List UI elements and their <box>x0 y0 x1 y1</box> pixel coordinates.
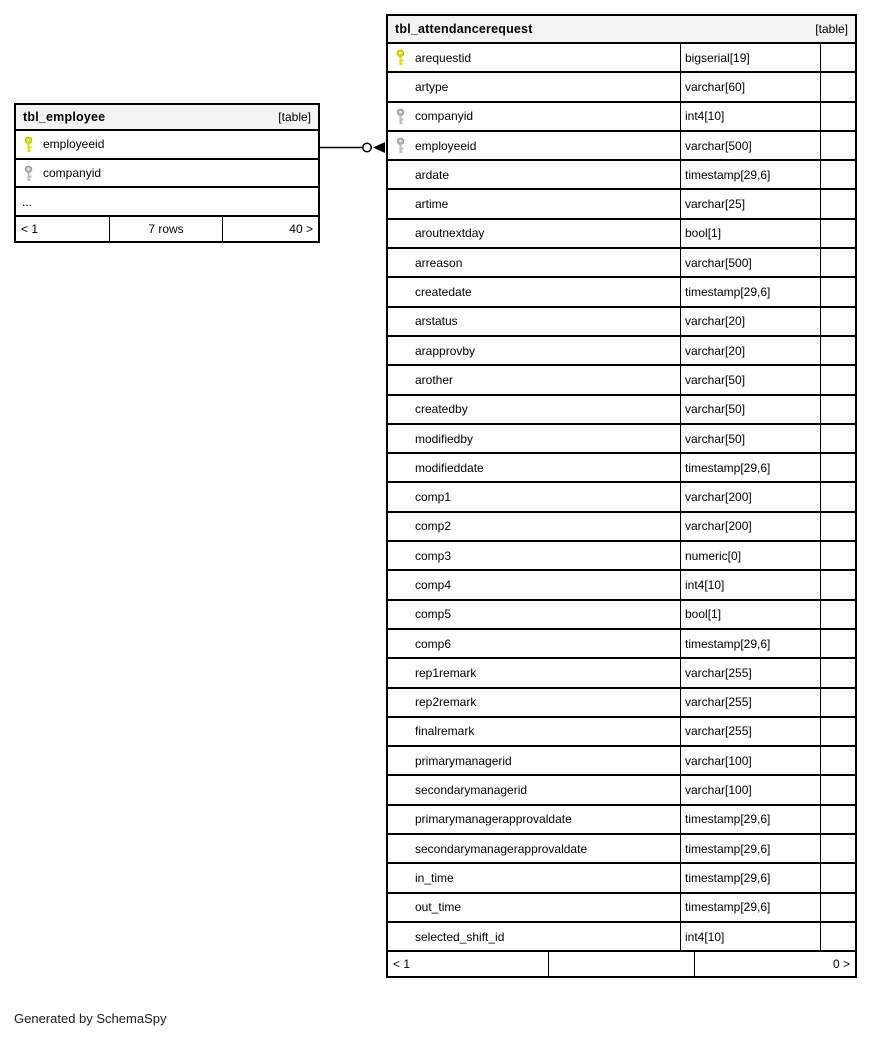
entity-footer: < 1 7 rows 40 > <box>16 217 318 241</box>
column-extra-cell <box>821 366 855 393</box>
column-type: timestamp[29,6] <box>681 630 821 657</box>
column-type: varchar[200] <box>681 483 821 510</box>
entity-tbl-attendancerequest: tbl_attendancerequest [table] arequestid… <box>386 14 857 978</box>
column-type: varchar[50] <box>681 425 821 452</box>
column-extra-cell <box>821 249 855 276</box>
column-extra-cell <box>821 308 855 335</box>
table-title[interactable]: tbl_employee <box>23 110 105 124</box>
column-name: modifieddate <box>415 461 484 475</box>
column-type: varchar[20] <box>681 337 821 364</box>
column-extra-cell <box>821 747 855 774</box>
column-row-finalremark: finalremark varchar[255] <box>388 718 855 747</box>
column-row-arapprovby: arapprovby varchar[20] <box>388 337 855 366</box>
column-extra-cell <box>821 776 855 803</box>
column-name: artype <box>415 80 448 94</box>
column-extra-cell <box>821 513 855 540</box>
column-type: bigserial[19] <box>681 44 821 71</box>
column-rows: arequestid bigserial[19] artype varchar[… <box>388 44 855 952</box>
column-row-arstatus: arstatus varchar[20] <box>388 308 855 337</box>
column-name: employeeid <box>43 137 104 151</box>
column-name: companyid <box>43 166 101 180</box>
column-extra-cell <box>821 44 855 71</box>
column-row-rep2remark: rep2remark varchar[255] <box>388 689 855 718</box>
column-extra-cell <box>821 73 855 100</box>
column-type: timestamp[29,6] <box>681 864 821 891</box>
column-extra-cell <box>821 718 855 745</box>
column-row-aroutnextday: aroutnextday bool[1] <box>388 220 855 249</box>
column-name: ... <box>22 195 32 209</box>
fk-relationship-connector <box>318 139 386 156</box>
column-extra-cell <box>821 894 855 921</box>
column-name: comp2 <box>415 519 451 533</box>
column-row-: ... <box>16 188 318 217</box>
column-name: secondarymanagerapprovaldate <box>415 842 587 856</box>
column-row-comp1: comp1 varchar[200] <box>388 483 855 512</box>
footer-parents-count: < 1 <box>16 217 109 241</box>
column-name: arequestid <box>415 51 471 65</box>
column-row-modifiedby: modifiedby varchar[50] <box>388 425 855 454</box>
table-type-badge: [table] <box>278 110 311 124</box>
entity-tbl-employee: tbl_employee [table] employeeid companyi… <box>14 103 320 243</box>
column-row-in_time: in_time timestamp[29,6] <box>388 864 855 893</box>
footer-children-count: 0 > <box>694 952 855 976</box>
column-type: varchar[500] <box>681 249 821 276</box>
entity-header-tbl-attendancerequest[interactable]: tbl_attendancerequest [table] <box>388 16 855 44</box>
column-type: timestamp[29,6] <box>681 894 821 921</box>
column-type: varchar[255] <box>681 689 821 716</box>
column-extra-cell <box>821 337 855 364</box>
column-row-arreason: arreason varchar[500] <box>388 249 855 278</box>
schema-diagram-canvas: tbl_employee [table] employeeid companyi… <box>0 0 873 1039</box>
column-name: arstatus <box>415 314 458 328</box>
column-row-modifieddate: modifieddate timestamp[29,6] <box>388 454 855 483</box>
column-type: varchar[25] <box>681 190 821 217</box>
column-row-arother: arother varchar[50] <box>388 366 855 395</box>
column-name: companyid <box>415 109 473 123</box>
column-name: comp6 <box>415 637 451 651</box>
column-type: bool[1] <box>681 601 821 628</box>
column-extra-cell <box>821 571 855 598</box>
foreign-key-icon <box>394 108 406 125</box>
column-type: varchar[20] <box>681 308 821 335</box>
column-extra-cell <box>821 659 855 686</box>
column-row-selected_shift_id: selected_shift_id int4[10] <box>388 923 855 952</box>
column-name: aroutnextday <box>415 226 484 240</box>
column-row-artype: artype varchar[60] <box>388 73 855 102</box>
column-extra-cell <box>821 220 855 247</box>
column-extra-cell <box>821 923 855 950</box>
column-type: varchar[100] <box>681 747 821 774</box>
column-name: primarymanagerid <box>415 754 512 768</box>
column-row-companyid: companyid <box>16 160 318 189</box>
entity-header-tbl-employee[interactable]: tbl_employee [table] <box>16 105 318 131</box>
column-row-rep1remark: rep1remark varchar[255] <box>388 659 855 688</box>
foreign-key-icon <box>22 165 34 182</box>
column-name: comp1 <box>415 490 451 504</box>
column-type: varchar[200] <box>681 513 821 540</box>
column-row-comp2: comp2 varchar[200] <box>388 513 855 542</box>
column-type: numeric[0] <box>681 542 821 569</box>
column-name: secondarymanagerid <box>415 783 527 797</box>
column-extra-cell <box>821 630 855 657</box>
table-type-badge: [table] <box>815 22 848 36</box>
relationship-arrowhead <box>373 142 385 153</box>
column-row-arequestid: arequestid bigserial[19] <box>388 44 855 73</box>
column-row-employeeid: employeeid varchar[500] <box>388 132 855 161</box>
primary-key-icon <box>394 49 406 66</box>
column-rows: employeeid companyid ... <box>16 131 318 217</box>
column-name: createdby <box>415 402 468 416</box>
relationship-circle-terminator <box>363 143 371 151</box>
column-name: rep1remark <box>415 666 476 680</box>
column-name: comp5 <box>415 607 451 621</box>
column-type: int4[10] <box>681 923 821 950</box>
column-type: int4[10] <box>681 571 821 598</box>
column-type: varchar[50] <box>681 366 821 393</box>
column-row-createdate: createdate timestamp[29,6] <box>388 278 855 307</box>
column-name: comp3 <box>415 549 451 563</box>
column-type: bool[1] <box>681 220 821 247</box>
column-type: varchar[255] <box>681 659 821 686</box>
column-row-out_time: out_time timestamp[29,6] <box>388 894 855 923</box>
column-name: comp4 <box>415 578 451 592</box>
column-row-comp5: comp5 bool[1] <box>388 601 855 630</box>
table-title[interactable]: tbl_attendancerequest <box>395 22 533 36</box>
column-name: ardate <box>415 168 449 182</box>
column-row-comp3: comp3 numeric[0] <box>388 542 855 571</box>
column-row-primarymanagerid: primarymanagerid varchar[100] <box>388 747 855 776</box>
footer-parents-count: < 1 <box>388 952 548 976</box>
column-name: out_time <box>415 900 461 914</box>
column-row-artime: artime varchar[25] <box>388 190 855 219</box>
column-type: timestamp[29,6] <box>681 161 821 188</box>
column-name: primarymanagerapprovaldate <box>415 812 572 826</box>
column-extra-cell <box>821 132 855 159</box>
column-type: timestamp[29,6] <box>681 835 821 862</box>
footer-children-count: 40 > <box>222 217 318 241</box>
column-row-companyid: companyid int4[10] <box>388 103 855 132</box>
column-row-secondarymanagerid: secondarymanagerid varchar[100] <box>388 776 855 805</box>
column-extra-cell <box>821 689 855 716</box>
column-name: selected_shift_id <box>415 930 504 944</box>
column-name: artime <box>415 197 448 211</box>
column-extra-cell <box>821 864 855 891</box>
column-row-createdby: createdby varchar[50] <box>388 396 855 425</box>
column-type: timestamp[29,6] <box>681 278 821 305</box>
column-extra-cell <box>821 601 855 628</box>
primary-key-icon <box>22 136 34 153</box>
column-extra-cell <box>821 103 855 130</box>
column-name: arother <box>415 373 453 387</box>
column-extra-cell <box>821 806 855 833</box>
column-row-comp4: comp4 int4[10] <box>388 571 855 600</box>
column-name: modifiedby <box>415 432 473 446</box>
column-extra-cell <box>821 190 855 217</box>
column-name: rep2remark <box>415 695 476 709</box>
column-extra-cell <box>821 425 855 452</box>
column-type: timestamp[29,6] <box>681 806 821 833</box>
column-name: arreason <box>415 256 462 270</box>
column-extra-cell <box>821 278 855 305</box>
column-row-secondarymanagerapprovaldate: secondarymanagerapprovaldate timestamp[2… <box>388 835 855 864</box>
column-extra-cell <box>821 454 855 481</box>
footer-row-count <box>548 952 694 976</box>
column-name: arapprovby <box>415 344 475 358</box>
footer-row-count: 7 rows <box>109 217 222 241</box>
column-row-comp6: comp6 timestamp[29,6] <box>388 630 855 659</box>
column-name: createdate <box>415 285 472 299</box>
column-type: varchar[60] <box>681 73 821 100</box>
column-name: finalremark <box>415 724 474 738</box>
column-row-ardate: ardate timestamp[29,6] <box>388 161 855 190</box>
column-extra-cell <box>821 161 855 188</box>
column-extra-cell <box>821 835 855 862</box>
column-name: in_time <box>415 871 454 885</box>
column-type: varchar[255] <box>681 718 821 745</box>
column-type: varchar[500] <box>681 132 821 159</box>
column-type: varchar[100] <box>681 776 821 803</box>
column-extra-cell <box>821 483 855 510</box>
column-row-employeeid: employeeid <box>16 131 318 160</box>
foreign-key-icon <box>394 137 406 154</box>
column-row-primarymanagerapprovaldate: primarymanagerapprovaldate timestamp[29,… <box>388 806 855 835</box>
column-type: timestamp[29,6] <box>681 454 821 481</box>
column-type: varchar[50] <box>681 396 821 423</box>
column-extra-cell <box>821 542 855 569</box>
column-name: employeeid <box>415 139 476 153</box>
column-type: int4[10] <box>681 103 821 130</box>
generated-by-credit: Generated by SchemaSpy <box>14 1011 166 1026</box>
entity-footer: < 1 0 > <box>388 952 855 976</box>
column-extra-cell <box>821 396 855 423</box>
